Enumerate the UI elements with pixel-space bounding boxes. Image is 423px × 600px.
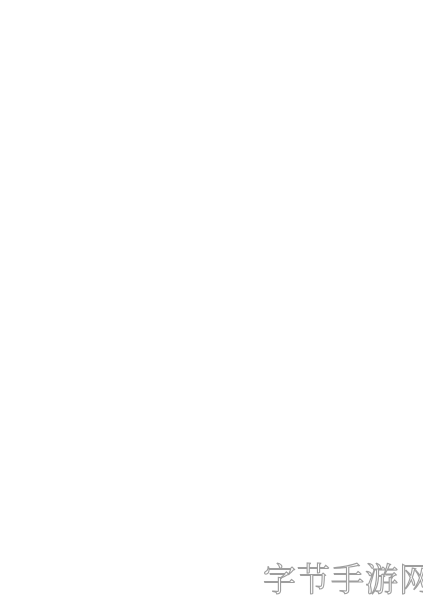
item-wrapped-line: 忆，在心海里推波助澜，又有了淋雨的冲动，夜雨中独自 散步，会更美吗？ [47,411,407,433]
item-wrapped-line: 话巴山夜雨时” [47,110,407,132]
item-wrapped-line: 或许有雨的季节气候不冷，让太阳一边凉快会儿也好。有雨的夜 晚则另有 [47,67,407,89]
list-item: 20、浅浅黛眉浅朱唇，淡淡蛾光淡黄昏，空空庭树空鸣雀， 轻轻晚 风轻拂尘。冷冷夜… [47,454,407,540]
item-wrapped-line: 皮微微的酥了，几度探头，欲叛逃离相守多年的楼宇 [47,260,407,282]
list-item: 21、行宫见月伤心色，夜雨闻铃肠断声。——白居易《长恨 歌》 [47,540,407,562]
document-page: 12、有雨的时候既没有太阳也没有月亮。 人们却多不以为许。 或许有雨的季节气候不… [0,0,423,600]
item-first-line: 15、乌云接日头，半夜雨不愁。 [47,196,407,218]
item-wrapped-line: 在饱经风雨的侵蚀后，愈发显得残败。就在那转角处，饱饮一夜 夜雨的墙 [47,239,407,261]
item-first-line: 13、君问归期未有期，巴山夜雨涨秋池。——《夜雨寄北》 [47,131,407,153]
list-item: 17、夜雨染成天水碧。有些人不需要姿态，也能成就一场惊 鸿。 [47,282,407,304]
item-first-line: 12、有雨的时候既没有太阳也没有月亮。 人们却多不以为许。 [47,45,407,67]
item-wrapped-line: 湿漉漉的，树叶绿的发亮，小草也青的 逼眼，好像被钻石水晶装饰。 [47,368,407,390]
quote-list: 12、有雨的时候既没有太阳也没有月亮。 人们却多不以为许。 或许有雨的季节气候不… [47,45,407,561]
item-first-line: 20、浅浅黛眉浅朱唇，淡淡蛾光淡黄昏，空空庭树空鸣雀， 轻轻晚 [47,454,407,476]
list-item: 13、君问归期未有期，巴山夜雨涨秋池。——《夜雨寄北》 [47,131,407,153]
list-item: 18、一出门，一阵清凉的春风就迎面扑来，带着些泥土芳草 味，带 着些潮湿清新的气… [47,303,407,389]
item-first-line: 21、行宫见月伤心色，夜雨闻铃肠断声。——白居易《长恨 歌》 [47,540,407,562]
item-wrapped-line: 风轻拂尘。冷冷夜雨冷罗袖，黯黯沉云黯伤神。斑驳帐里 斑驳泪，依稀胭 [47,475,407,497]
list-item: 16、拖着沉重的步履， 漫步在细雨微湿的街头。 古色的楼宇， 在饱经风雨的侵蚀后… [47,217,407,282]
item-first-line: 18、一出门，一阵清凉的春风就迎面扑来，带着些泥土芳草 味，带 [47,303,407,325]
item-wrapped-line: 翁失马，焉知非福。大度的看待一件事情，结局也许会发 生质的转变！ [47,174,407,196]
list-item: 19、窗外的雨，缠缠绵绵的雨花飞舞，细雨蒙蒙里，泛起的 美好记 忆，在心海里推波… [47,389,407,454]
item-wrapped-line: 着些潮湿清新的气息，令人全身舒畅，头脑清醒了。经过 一夜雨的洗礼， [47,325,407,347]
item-wrapped-line: 雨中的一切事物仿佛都脱胎换骨，焕然一新。远 近的高楼静静的挺立着， [47,346,407,368]
site-watermark: 字节手游网 [263,563,423,599]
item-first-line: 16、拖着沉重的步履， 漫步在细雨微湿的街头。 古色的楼宇， [47,217,407,239]
item-first-line: 14、俗话说：屋漏偏逢连夜雨，船迟又遇打头风；可俗话又 说：塞 [47,153,407,175]
item-first-line: 17、夜雨染成天水碧。有些人不需要姿态，也能成就一场惊 鸿。 [47,282,407,304]
item-wrapped-line: 相信一定是一种娴静孤独的美丽。 [47,432,407,454]
item-first-line: 19、窗外的雨，缠缠绵绵的雨花飞舞，细雨蒙蒙里，泛起的 美好记 [47,389,407,411]
item-wrapped-line: 脂依稀痕。寂寞窗前寂寞月，惨淡灯下惨淡人。 相思枕畔相思梦，三生石 [47,497,407,519]
item-wrapped-line: 上三生魂。 [47,518,407,540]
item-wrapped-line: 一番月夜所没有的韵味。有时不由让人想起李商隐“何 当共剪西窗烛，却 [47,88,407,110]
list-item: 14、俗话说：屋漏偏逢连夜雨，船迟又遇打头风；可俗话又 说：塞 翁失马，焉知非福… [47,153,407,196]
list-item: 12、有雨的时候既没有太阳也没有月亮。 人们却多不以为许。 或许有雨的季节气候不… [47,45,407,131]
list-item: 15、乌云接日头，半夜雨不愁。 [47,196,407,218]
